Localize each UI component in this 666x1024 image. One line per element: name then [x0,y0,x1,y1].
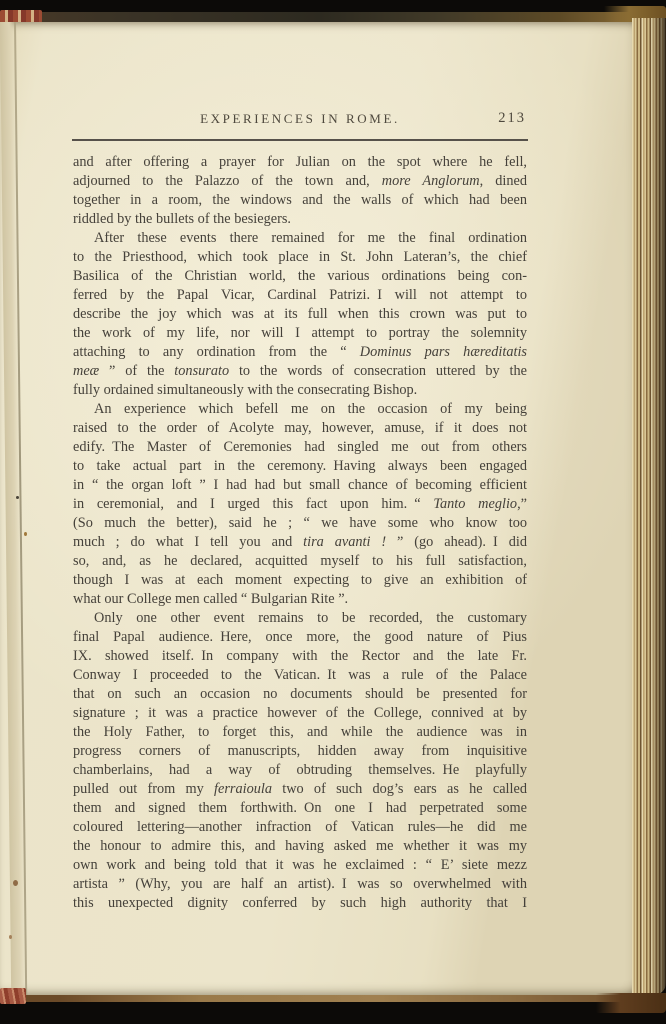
header-rule [72,139,528,141]
text-line: progress corners of manuscripts, hidden … [73,742,527,761]
text-line: artista ” (Why, you are half an artist).… [73,875,527,894]
text-line: Only one other event remains to be recor… [73,609,527,628]
text-line: and after offering a prayer for Julian o… [73,153,527,172]
text-line: in “ the organ loft ” I had had but smal… [73,476,527,495]
page-text: and after offering a prayer for Julian o… [73,153,527,913]
foxing-speck [9,935,12,939]
text-line: raised to the order of Acolyte may, howe… [73,419,527,438]
text-line: Conway I proceeded to the Vatican. It wa… [73,666,527,685]
book-bottom-right-cover [596,993,666,1013]
text-line: riddled by the bullets of the besiegers. [73,210,527,229]
text-line: ferred by the Papal Vicar, Cardinal Patr… [73,286,527,305]
text-line: final Papal audience. Here, once more, t… [73,628,527,647]
text-line: An experience which befell me on the occ… [73,400,527,419]
text-line: them and signed them forthwith. On one I… [73,799,527,818]
book-scan-photo: EXPERIENCES IN ROME. 213 and after offer… [0,0,666,1024]
text-line: (So much the better), said he ; “ we hav… [73,514,527,533]
text-line: in ceremonial, and I urged this fact upo… [73,495,527,514]
text-line: signature ; it was a practice however of… [73,704,527,723]
text-line: the work of my life, nor will I attempt … [73,324,527,343]
page-header: EXPERIENCES IN ROME. 213 [73,110,527,130]
text-line: though I was at each moment expecting to… [73,571,527,590]
text-line: the honour to admire this, and having as… [73,837,527,856]
page-number: 213 [498,110,526,127]
text-line: coloured lettering—another infraction of… [73,818,527,837]
book-page: EXPERIENCES IN ROME. 213 and after offer… [0,22,638,995]
text-line: that on such an occasion no documents sh… [73,685,527,704]
text-line: together in a room, the windows and the … [73,191,527,210]
running-header-title: EXPERIENCES IN ROME. [73,111,527,127]
text-line: IX. showed itself. In company with the R… [73,647,527,666]
text-line: to the Priesthood, which took place in S… [73,248,527,267]
book-fore-edge [632,18,666,995]
text-line: describe the joy which was at its full w… [73,305,527,324]
text-line: so, and, as he declared, acquitted mysel… [73,552,527,571]
foxing-speck [24,532,27,536]
page-gutter-shadow [0,22,26,995]
text-line: own work and being told that it was he e… [73,856,527,875]
foxing-speck [16,496,19,499]
text-line: edify. The Master of Ceremonies had sing… [73,438,527,457]
foxing-speck [13,880,18,886]
book-bottom-page-edges [0,995,666,1002]
text-line: pulled out from my ferraioula two of suc… [73,780,527,799]
text-line: much ; do what I tell you and tira avant… [73,533,527,552]
text-line: the Holy Father, to forget this, and whi… [73,723,527,742]
text-line: what our College men called “ Bulgarian … [73,590,527,609]
text-line: attaching to any ordination from the “ D… [73,343,527,362]
text-line: Basilica of the Christian world, the var… [73,267,527,286]
text-line: After these events there remained for me… [73,229,527,248]
text-line: meæ ” of the tonsurato to the words of c… [73,362,527,381]
text-line: this unexpected dignity conferred by suc… [73,894,527,913]
text-line: adjourned to the Palazzo of the town and… [73,172,527,191]
text-line: chamberlains, had a way of obtruding the… [73,761,527,780]
text-line: fully ordained simultaneously with the c… [73,381,527,400]
book-bottom-left-cloth [0,988,26,1004]
text-line: to take actual part in the ceremony. Hav… [73,457,527,476]
